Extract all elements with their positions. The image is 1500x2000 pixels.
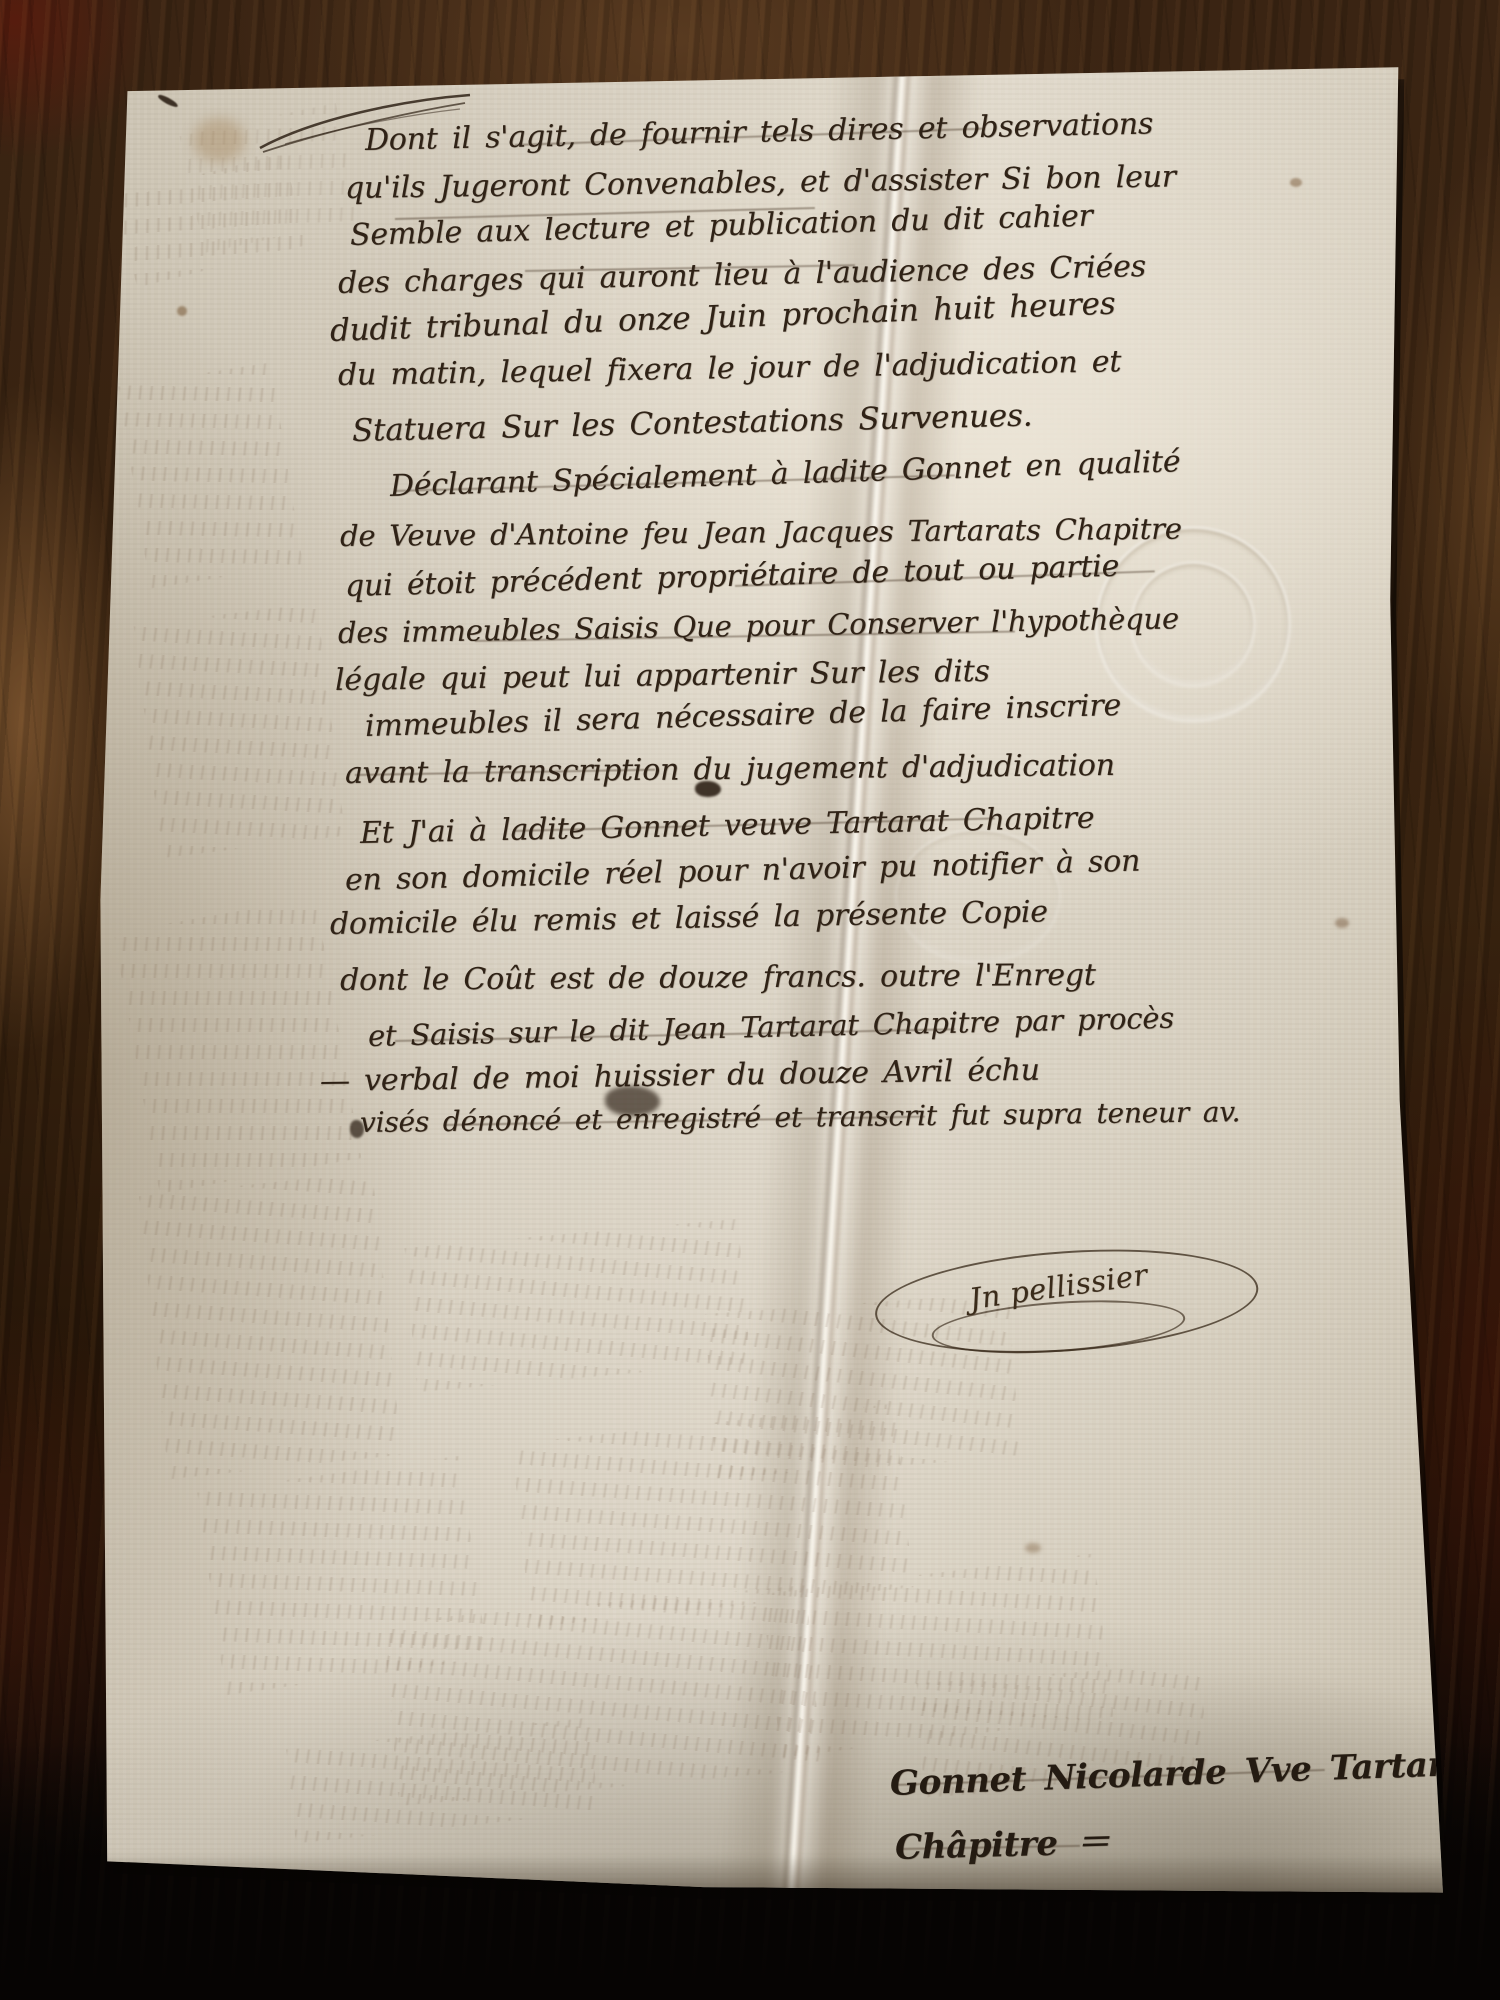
photograph-of-manuscript: Dont il s'agit, de fournir tels dires et… xyxy=(0,0,1500,2000)
handwriting-line: des immeubles Saisis Que pour Conserver … xyxy=(338,601,1179,650)
handwriting-line: — verbal de moi huissier du douze Avril … xyxy=(320,1053,1040,1099)
ink-bleed-through xyxy=(139,1171,403,1479)
paper-document: Dont il s'agit, de fournir tels dires et… xyxy=(95,58,1447,1900)
ink-bleed-through xyxy=(118,362,303,589)
handwriting-line: Déclarant Spécialement à ladite Gonnet e… xyxy=(389,444,1180,504)
bailiff-signature: Jn pellissier xyxy=(871,1230,1269,1382)
ink-bleed-through xyxy=(404,1219,750,1393)
ink-blot xyxy=(350,1120,364,1138)
ink-speck xyxy=(157,93,179,109)
ink-bleed-through xyxy=(286,1717,599,1843)
foxing-stain xyxy=(193,118,245,162)
ink-blot xyxy=(605,1086,660,1116)
foxing-stain xyxy=(1335,918,1349,928)
handwriting-line: Semble aux lecture et publication du dit… xyxy=(350,199,1094,253)
handwriting-line: de Veuve d'Antoine feu Jean Jacques Tart… xyxy=(340,512,1182,553)
foxing-stain xyxy=(1025,1543,1041,1553)
handwriting-line: qui étoit précédent propriétaire de tout… xyxy=(345,549,1120,604)
ink-bleed-through xyxy=(133,603,345,859)
foxing-stain xyxy=(177,306,187,316)
handwriting-line: immeubles il sera nécessaire de la faire… xyxy=(365,688,1122,744)
handwriting-line: visés dénoncé et enregistré et transcrit… xyxy=(360,1095,1241,1139)
handwriting-line: du matin, lequel fixera le jour de l'adj… xyxy=(338,344,1122,393)
foxing-stain xyxy=(1290,178,1302,187)
ink-blot xyxy=(695,781,721,797)
ink-bleed-through xyxy=(114,897,362,1194)
handwriting-line: avant la transcription du jugement d'adj… xyxy=(345,748,1115,791)
handwriting-line: dont le Coût est de douze francs. outre … xyxy=(340,958,1096,998)
